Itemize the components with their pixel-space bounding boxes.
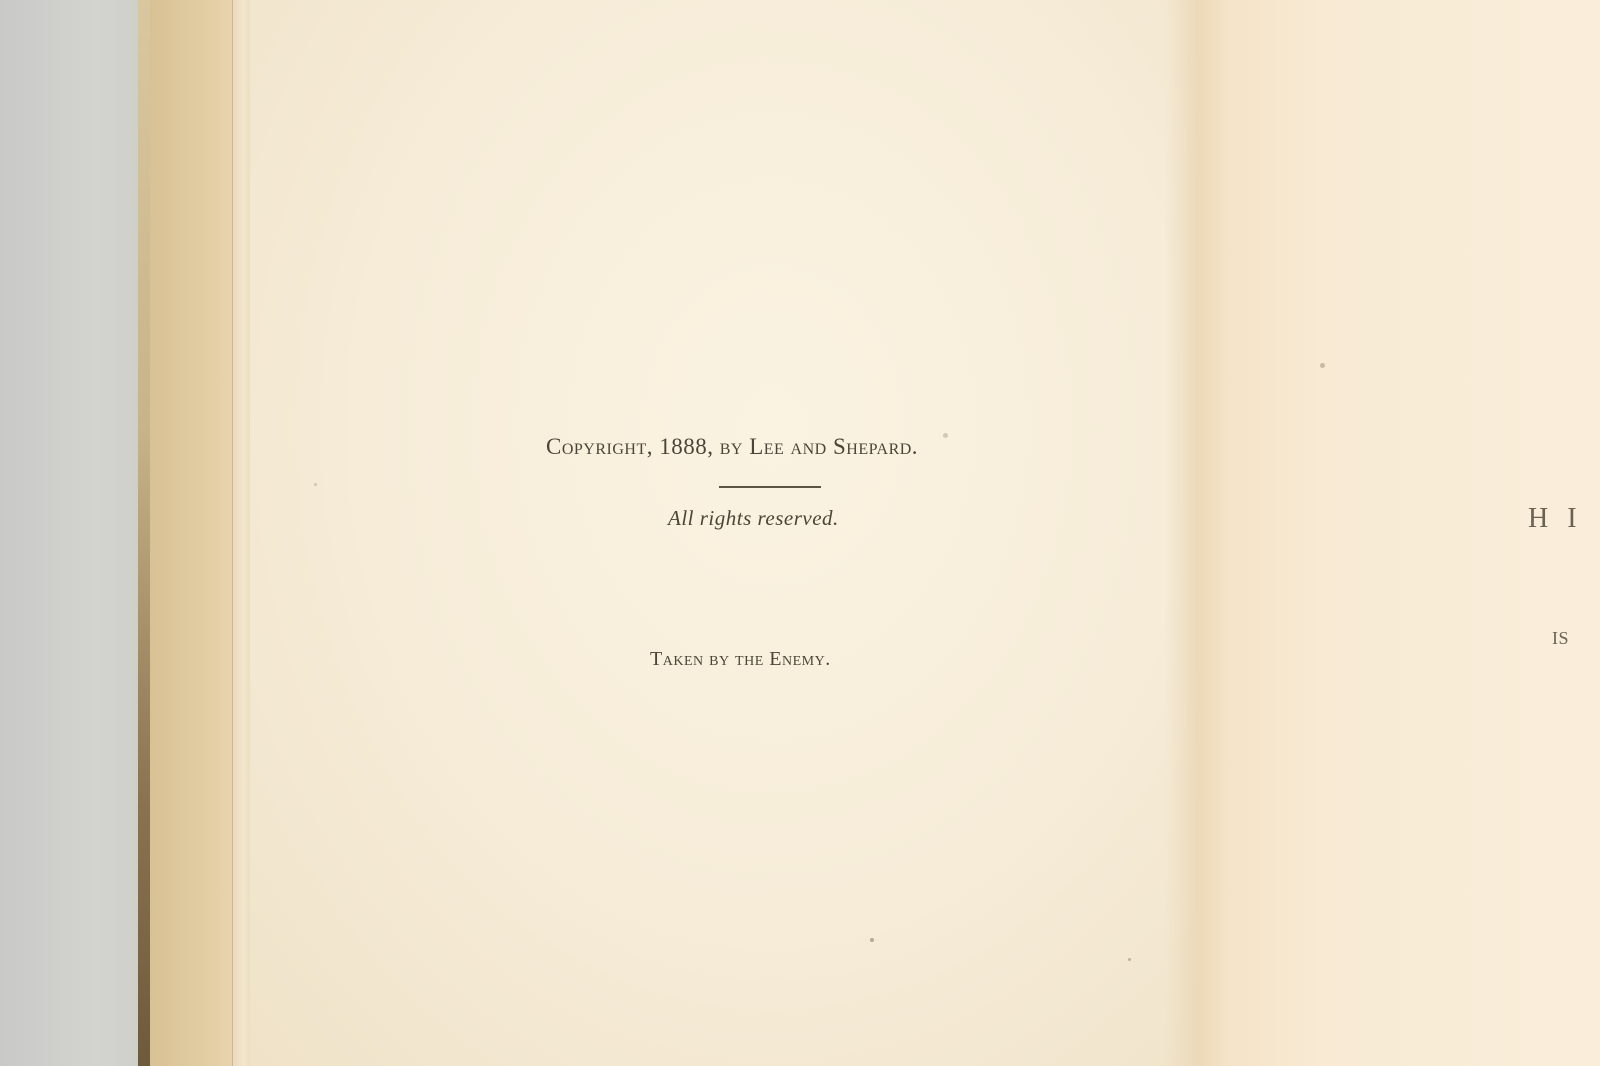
paper-speck <box>314 483 317 486</box>
left-page <box>250 0 1200 1066</box>
book-gutter <box>1165 0 1225 1066</box>
paper-speck <box>870 938 874 942</box>
paper-speck <box>1320 363 1325 368</box>
paper-speck <box>1128 958 1131 961</box>
copyright-line: Copyright, 1888, by Lee and Shepard. <box>546 434 918 460</box>
right-page-partial-heading: H I <box>1528 503 1583 535</box>
paper-speck <box>943 433 948 438</box>
rights-reserved-line: All rights reserved. <box>668 506 839 531</box>
background-surface <box>0 0 160 1066</box>
right-page-partial-line: IS <box>1552 628 1569 649</box>
book-title-line: Taken by the Enemy. <box>650 648 831 671</box>
divider-rule <box>719 486 821 488</box>
book-cover-edge <box>150 0 240 1066</box>
